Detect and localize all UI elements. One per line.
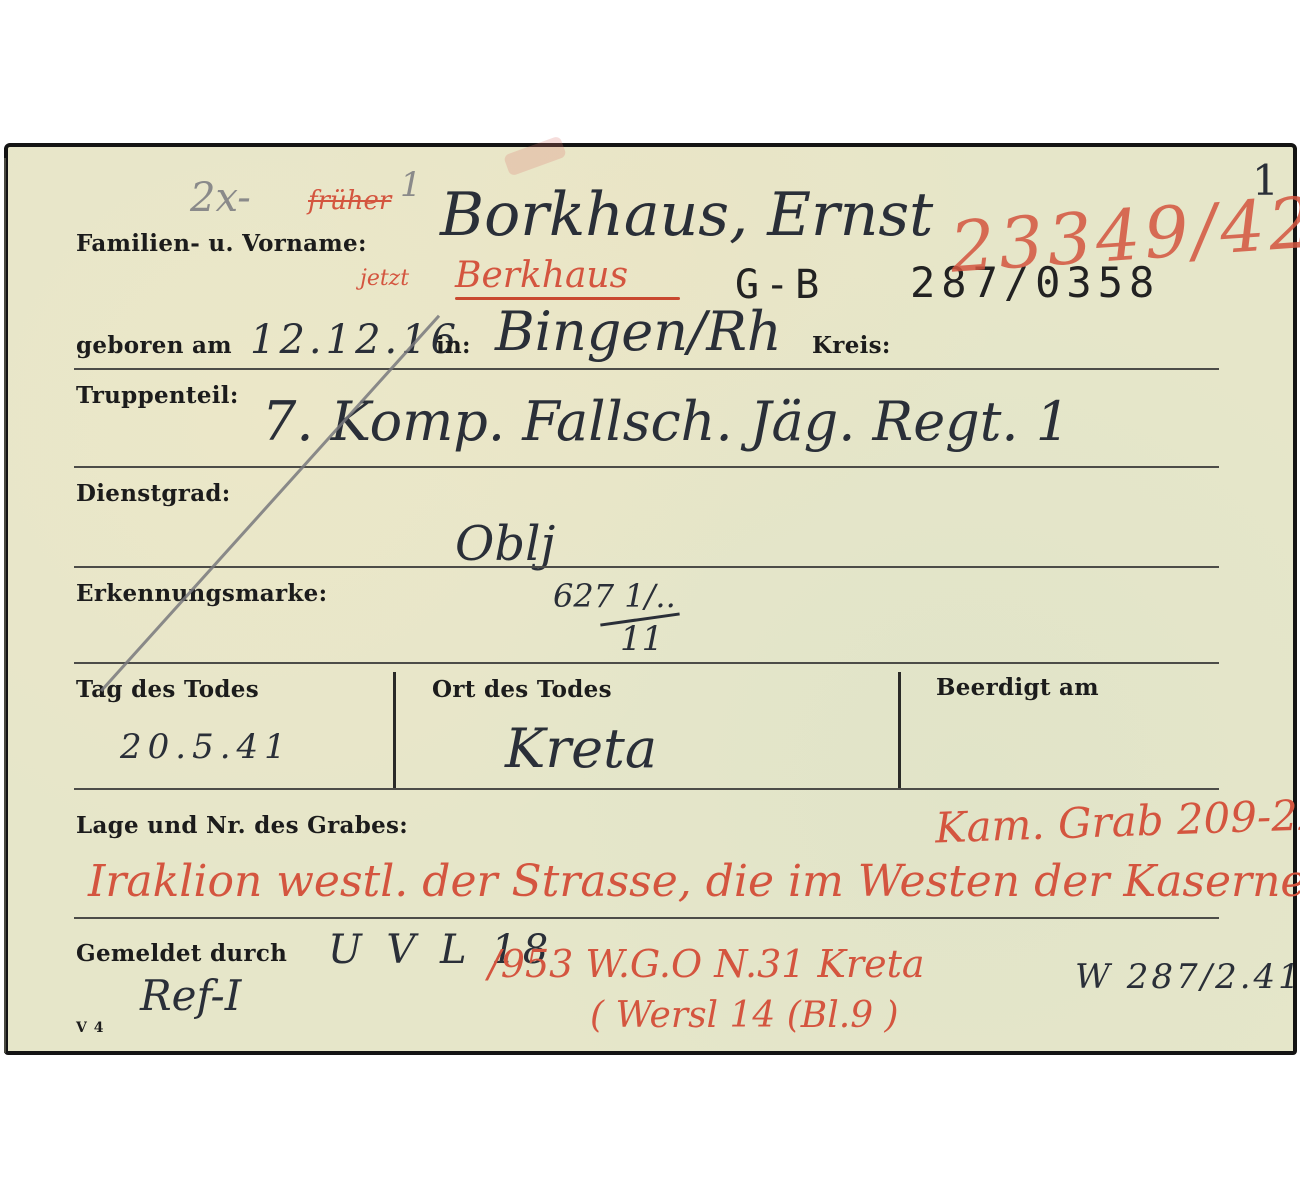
red-correction: Berkhaus [455, 258, 628, 294]
unit-value: 7. Komp. Fallsch. Jäg. Regt. 1 [262, 395, 1070, 449]
reported-by-red-line1: /953 W.G.O N.31 Kreta [488, 945, 925, 983]
pencil-note: 2x- [190, 178, 251, 218]
grave-red-note-right: Kam. Grab 209-222. [934, 793, 1300, 850]
birth-date-label: geboren am [76, 332, 232, 359]
death-place-value: Kreta [505, 722, 657, 776]
card-edge [4, 158, 10, 1053]
column-divider [393, 672, 396, 788]
red-prefix: jetzt [360, 268, 409, 290]
unit-label: Truppenteil: [76, 382, 239, 409]
rule-line [74, 788, 1219, 790]
reported-by-red-line2: ( Wersl 14 (Bl.9 ) [590, 998, 899, 1034]
name-value: Borkhaus, Ernst [440, 185, 933, 245]
rule-line [74, 917, 1219, 919]
district-label: Kreis: [812, 332, 891, 359]
death-place-label: Ort des Todes [432, 676, 612, 703]
rank-label: Dienstgrad: [76, 480, 231, 507]
rule-line [74, 566, 1219, 568]
name-label: Familien- u. Vorname: [76, 230, 367, 257]
rule-line [74, 466, 1219, 468]
reported-by-label: Gemeldet durch [76, 940, 287, 967]
reported-by-signature: Ref-I [140, 975, 241, 1017]
rule-line [74, 368, 1219, 370]
birth-place-value: Bingen/Rh [495, 305, 782, 359]
grave-label: Lage und Nr. des Grabes: [76, 812, 408, 839]
grave-red-note-line: Iraklion westl. der Strasse, die im West… [88, 860, 1300, 904]
rank-value: Oblj [455, 520, 555, 568]
form-code: V 4 [76, 1020, 104, 1036]
id-tag-value-top: 627 1/.. [553, 580, 676, 612]
red-prefix-struck: früher [308, 188, 391, 214]
death-date-value: 20.5.41 [120, 730, 292, 764]
burial-label: Beerdigt am [936, 674, 1099, 701]
id-tag-value-bottom: 11 [620, 622, 663, 656]
id-tag-label: Erkennungsmarke: [76, 580, 327, 607]
reported-by-note-right: W 287/2.41 [1075, 960, 1300, 994]
name-superscript: 1 [400, 168, 422, 202]
birth-place-label: in: [436, 332, 471, 359]
column-divider [898, 672, 901, 788]
rule-line [74, 662, 1219, 664]
